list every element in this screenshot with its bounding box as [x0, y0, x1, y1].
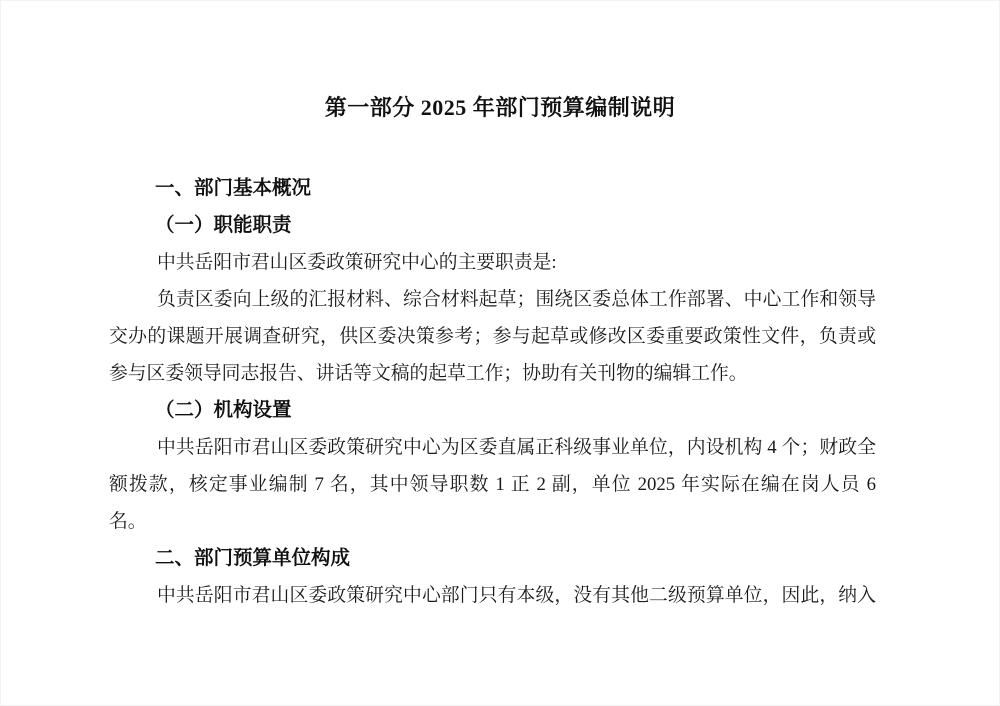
- paragraph-organization-line-3: 名。: [109, 503, 876, 540]
- paragraph-duties-intro: 中共岳阳市君山区委政策研究中心的主要职责是:: [109, 244, 876, 281]
- paragraph-duties-line-1: 负责区委向上级的汇报材料、综合材料起草；围绕区委总体工作部署、中心工作和领导: [109, 281, 876, 318]
- heading-section-2: 二、部门预算单位构成: [109, 540, 876, 577]
- paragraph-duties-line-3: 参与区委领导同志报告、讲话等文稿的起草工作；协助有关刊物的编辑工作。: [109, 355, 876, 392]
- paragraph-organization-line-2: 额拨款，核定事业编制 7 名，其中领导职数 1 正 2 副，单位 2025 年实…: [109, 466, 876, 503]
- document-page: 第一部分 2025 年部门预算编制说明 一、部门基本概况 （一）职能职责 中共岳…: [0, 0, 1000, 706]
- paragraph-organization-line-1: 中共岳阳市君山区委政策研究中心为区委直属正科级事业单位，内设机构 4 个；财政全: [109, 429, 876, 466]
- heading-subsection-1-2: （二）机构设置: [109, 392, 876, 429]
- paragraph-budget-units-line-1: 中共岳阳市君山区委政策研究中心部门只有本级，没有其他二级预算单位，因此，纳入: [109, 577, 876, 614]
- heading-section-1: 一、部门基本概况: [109, 170, 876, 207]
- heading-subsection-1-1: （一）职能职责: [109, 207, 876, 244]
- paragraph-duties-line-2: 交办的课题开展调查研究，供区委决策参考；参与起草或修改区委重要政策性文件，负责或: [109, 318, 876, 355]
- document-body: 一、部门基本概况 （一）职能职责 中共岳阳市君山区委政策研究中心的主要职责是: …: [109, 170, 876, 614]
- document-title: 第一部分 2025 年部门预算编制说明: [1, 1, 999, 123]
